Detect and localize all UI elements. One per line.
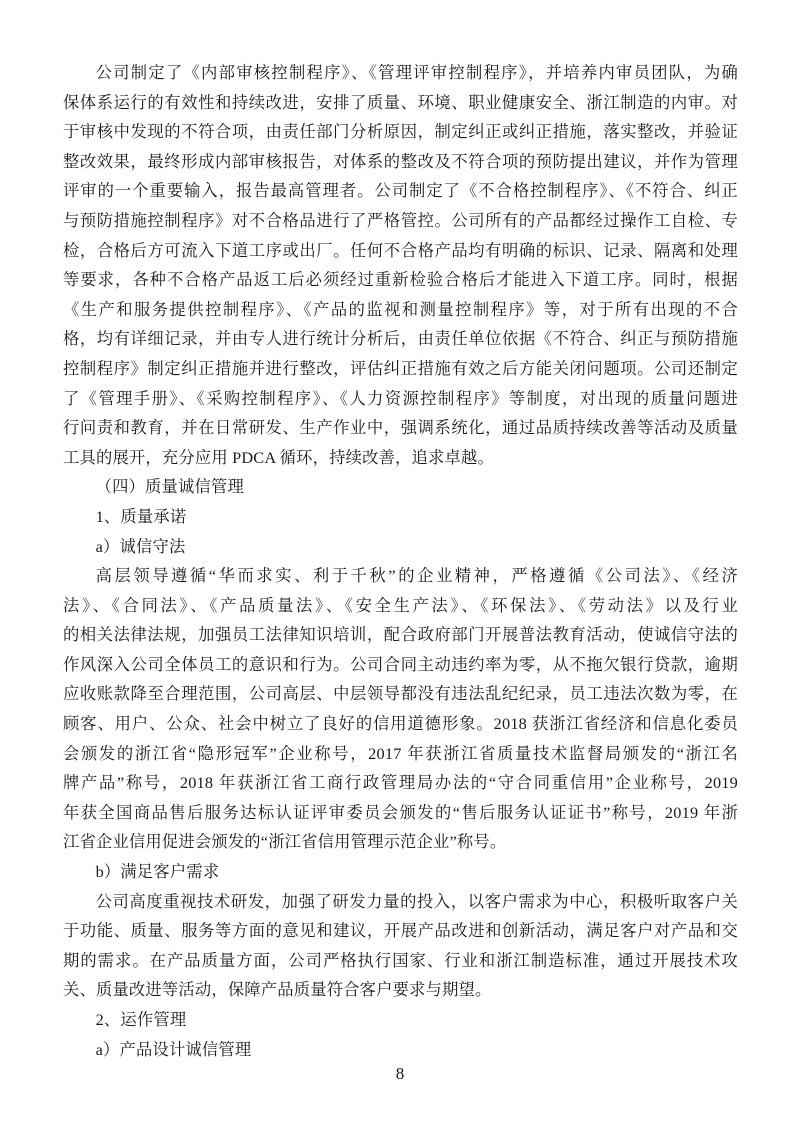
text-line: 期的需求。在产品质量方面，公司严格执行国家、行业和浙江制造标准，通过开展技术攻 [63, 946, 738, 976]
text-line: 评审的一个重要输入，报告最高管理者。公司制定了《不合格控制程序》、《不符合、纠正 [63, 176, 738, 206]
text-line: 行问责和教育，并在日常研发、生产作业中，强调系统化，通过品质持续改善等活动及质量 [63, 413, 738, 443]
text-line: 应收账款降至合理范围，公司高层、中层领导都没有违法乱纪纪录，员工违法次数为零，在 [63, 679, 738, 709]
heading-line: 2、运作管理 [63, 1005, 738, 1035]
heading-line: 1、质量承诺 [63, 502, 738, 532]
text-line: 顾客、用户、公众、社会中树立了良好的信用道德形象。2018 获浙江省经济和信息化… [63, 709, 738, 739]
page-number: 8 [396, 1064, 405, 1083]
text-line: 高层领导遵循“华而求实、利于千秋”的企业精神，严格遵循《公司法》、《经济 [63, 561, 738, 591]
heading-paragraph: b）满足客户需求 [63, 857, 738, 887]
text-line: 检，合格后方可流入下道工序或出厂。任何不合格产品均有明确的标识、记录、隔离和处理 [63, 236, 738, 266]
text-line: 与预防措施控制程序》对不合格品进行了严格管控。公司所有的产品都经过操作工自检、专 [63, 206, 738, 236]
text-line: 的相关法律法规，加强员工法律知识培训，配合政府部门开展普法教育活动，使诚信守法的 [63, 620, 738, 650]
text-line: 会颁发的浙江省“隐形冠军”企业称号，2017 年获浙江省质量技术监督局颁发的“浙… [63, 739, 738, 769]
heading-line: a）产品设计诚信管理 [63, 1035, 738, 1065]
text-line: 于功能、质量、服务等方面的意见和建议，开展产品改进和创新活动，满足客户对产品和交 [63, 916, 738, 946]
heading-paragraph: 1、质量承诺 [63, 502, 738, 532]
text-block: 公司制定了《内部审核控制程序》、《管理评审控制程序》，并培养内审员团队，为确保体… [63, 58, 738, 1064]
text-line: 公司高度重视技术研发，加强了研发力量的投入，以客户需求为中心，积极听取客户关 [63, 887, 738, 917]
page-footer: 8 [0, 1061, 800, 1087]
text-line: 等要求，各种不合格产品返工后必须经过重新检验合格后才能进入下道工序。同时，根据 [63, 265, 738, 295]
heading-paragraph: a）诚信守法 [63, 532, 738, 562]
text-line: 年获全国商品售后服务达标认证评审委员会颁发的“售后服务认证证书”称号，2019 … [63, 798, 738, 828]
text-line: 整改效果，最终形成内部审核报告，对体系的整改及不符合项的预防提出建议，并作为管理 [63, 147, 738, 177]
text-line: 于审核中发现的不符合项，由责任部门分析原因，制定纠正或纠正措施，落实整改，并验证 [63, 117, 738, 147]
heading-paragraph: a）产品设计诚信管理 [63, 1035, 738, 1065]
text-line: 法》、《合同法》、《产品质量法》、《安全生产法》、《环保法》、《劳动法》以及行业 [63, 591, 738, 621]
text-line: 牌产品”称号，2018 年获浙江省工商行政管理局办法的“守合同重信用”企业称号，… [63, 768, 738, 798]
text-line: 关、质量改进等活动，保障产品质量符合客户要求与期望。 [63, 975, 738, 1005]
text-line: 江省企业信用促进会颁发的“浙江省信用管理示范企业”称号。 [63, 827, 738, 857]
text-line: 控制程序》制定纠正措施并进行整改，评估纠正措施有效之后方能关闭问题项。公司还制定 [63, 354, 738, 384]
heading-paragraph: 2、运作管理 [63, 1005, 738, 1035]
text-line: 保体系运行的有效性和持续改进，安排了质量、环境、职业健康安全、浙江制造的内审。对 [63, 88, 738, 118]
text-line: 《生产和服务提供控制程序》、《产品的监视和测量控制程序》等，对于所有出现的不合 [63, 295, 738, 325]
text-line: 公司制定了《内部审核控制程序》、《管理评审控制程序》，并培养内审员团队，为确 [63, 58, 738, 88]
document-page: 公司制定了《内部审核控制程序》、《管理评审控制程序》，并培养内审员团队，为确保体… [0, 0, 800, 1131]
body-paragraph: 高层领导遵循“华而求实、利于千秋”的企业精神，严格遵循《公司法》、《经济法》、《… [63, 561, 738, 857]
heading-line: b）满足客户需求 [63, 857, 738, 887]
heading-paragraph: （四）质量诚信管理 [63, 472, 738, 502]
text-line: 了《管理手册》、《采购控制程序》、《人力资源控制程序》等制度，对出现的质量问题进 [63, 384, 738, 414]
heading-line: a）诚信守法 [63, 532, 738, 562]
text-line: 作风深入公司全体员工的意识和行为。公司合同主动违约率为零，从不拖欠银行贷款，逾期 [63, 650, 738, 680]
body-paragraph: 公司制定了《内部审核控制程序》、《管理评审控制程序》，并培养内审员团队，为确保体… [63, 58, 738, 472]
body-paragraph: 公司高度重视技术研发，加强了研发力量的投入，以客户需求为中心，积极听取客户关于功… [63, 887, 738, 1005]
heading-line: （四）质量诚信管理 [63, 472, 738, 502]
text-line: 工具的展开，充分应用 PDCA 循环，持续改善，追求卓越。 [63, 443, 738, 473]
text-line: 格，均有详细记录，并由专人进行统计分析后，由责任单位依据《不符合、纠正与预防措施 [63, 324, 738, 354]
